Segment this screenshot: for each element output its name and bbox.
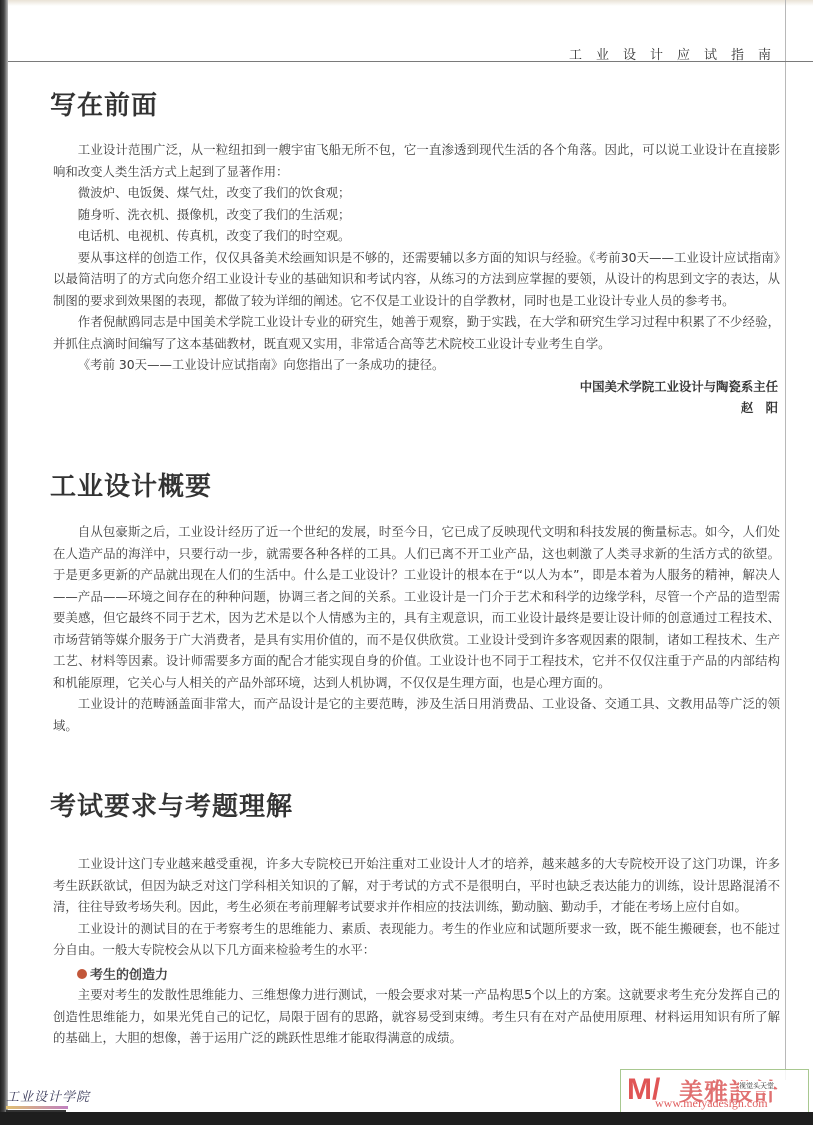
subhead-label: 考生的创造力 [90,964,168,983]
paragraph: 工业设计的测试目的在于考察考生的思维能力、素质、表现能力。考生的作业应和试题所要… [53,918,780,961]
foreword-body: 工业设计范围广泛，从一粒纽扣到一艘宇宙飞船无所不包，它一直渗透到现代生活的各个角… [53,139,780,376]
page-edge-line [785,0,786,1080]
exam-body: 工业设计这门专业越来越受重视，许多大专院校已开始注重对工业设计人才的培养，越来越… [53,853,780,961]
section-title-exam: 考试要求与考题理解 [50,786,293,823]
subhead-creativity: 考生的创造力 [77,964,168,983]
meiya-tag: 视觉头天堂 [739,1081,774,1091]
signature-name: 赵 阳 [580,397,778,418]
scan-bottom-edge [0,1112,813,1125]
overview-body: 自从包豪斯之后，工业设计经历了近一个世纪的发展，时至今日，它已成了反映现代文明和… [53,521,780,736]
creativity-body: 主要对考生的发散性思维能力、三维想像力进行测试，一般会要求对某一产品构思5个以上… [53,984,780,1049]
paragraph: 工业设计范围广泛，从一粒纽扣到一艘宇宙飞船无所不包，它一直渗透到现代生活的各个角… [53,139,780,182]
paragraph: 要从事这样的创造工作，仅仅具备美术绘画知识是不够的，还需要辅以多方面的知识与经验… [53,247,780,312]
section-title-foreword: 写在前面 [50,85,158,122]
list-line: 微波炉、电饭煲、煤气灶，改变了我们的饮食观； [53,182,780,204]
paragraph: 作者倪献鸥同志是中国美术学院工业设计专业的研究生，她善于观察，勤于实践，在大学和… [53,311,780,354]
paragraph: 《考前 30天——工业设计应试指南》向您指出了一条成功的捷径。 [53,354,780,376]
paragraph: 自从包豪斯之后，工业设计经历了近一个世纪的发展，时至今日，它已成了反映现代文明和… [53,521,780,693]
watermark-chid-title: 工业设计学院 [6,1086,66,1105]
paragraph: 工业设计这门专业越来越受重视，许多大专院校已开始注重对工业设计人才的培养，越来越… [53,853,780,918]
meiya-url: www.meiyadesign.com [655,1096,768,1111]
signature-title: 中国美术学院工业设计与陶瓷系主任 [580,376,778,397]
header-rule [8,61,813,62]
bullet-circle-icon [77,969,87,979]
list-line: 随身听、洗衣机、摄像机，改变了我们的生活观； [53,204,780,226]
paragraph: 工业设计的范畴涵盖面非常大，而产品设计是它的主要范畴，涉及生活日用消费品、工业设… [53,693,780,736]
scan-top-edge [0,0,813,6]
watermark-meiya: M/ 美雅設計 视觉头天堂 www.meiyadesign.com [620,1069,809,1113]
book-binding-edge [0,0,8,1125]
list-line: 电话机、电视机、传真机，改变了我们的时空观。 [53,225,780,247]
paragraph: 主要对考生的发散性思维能力、三维想像力进行测试，一般会要求对某一产品构思5个以上… [53,984,780,1049]
signature-block: 中国美术学院工业设计与陶瓷系主任 赵 阳 [580,376,778,418]
section-title-overview: 工业设计概要 [50,466,212,503]
watermark-stripe [6,1106,68,1109]
